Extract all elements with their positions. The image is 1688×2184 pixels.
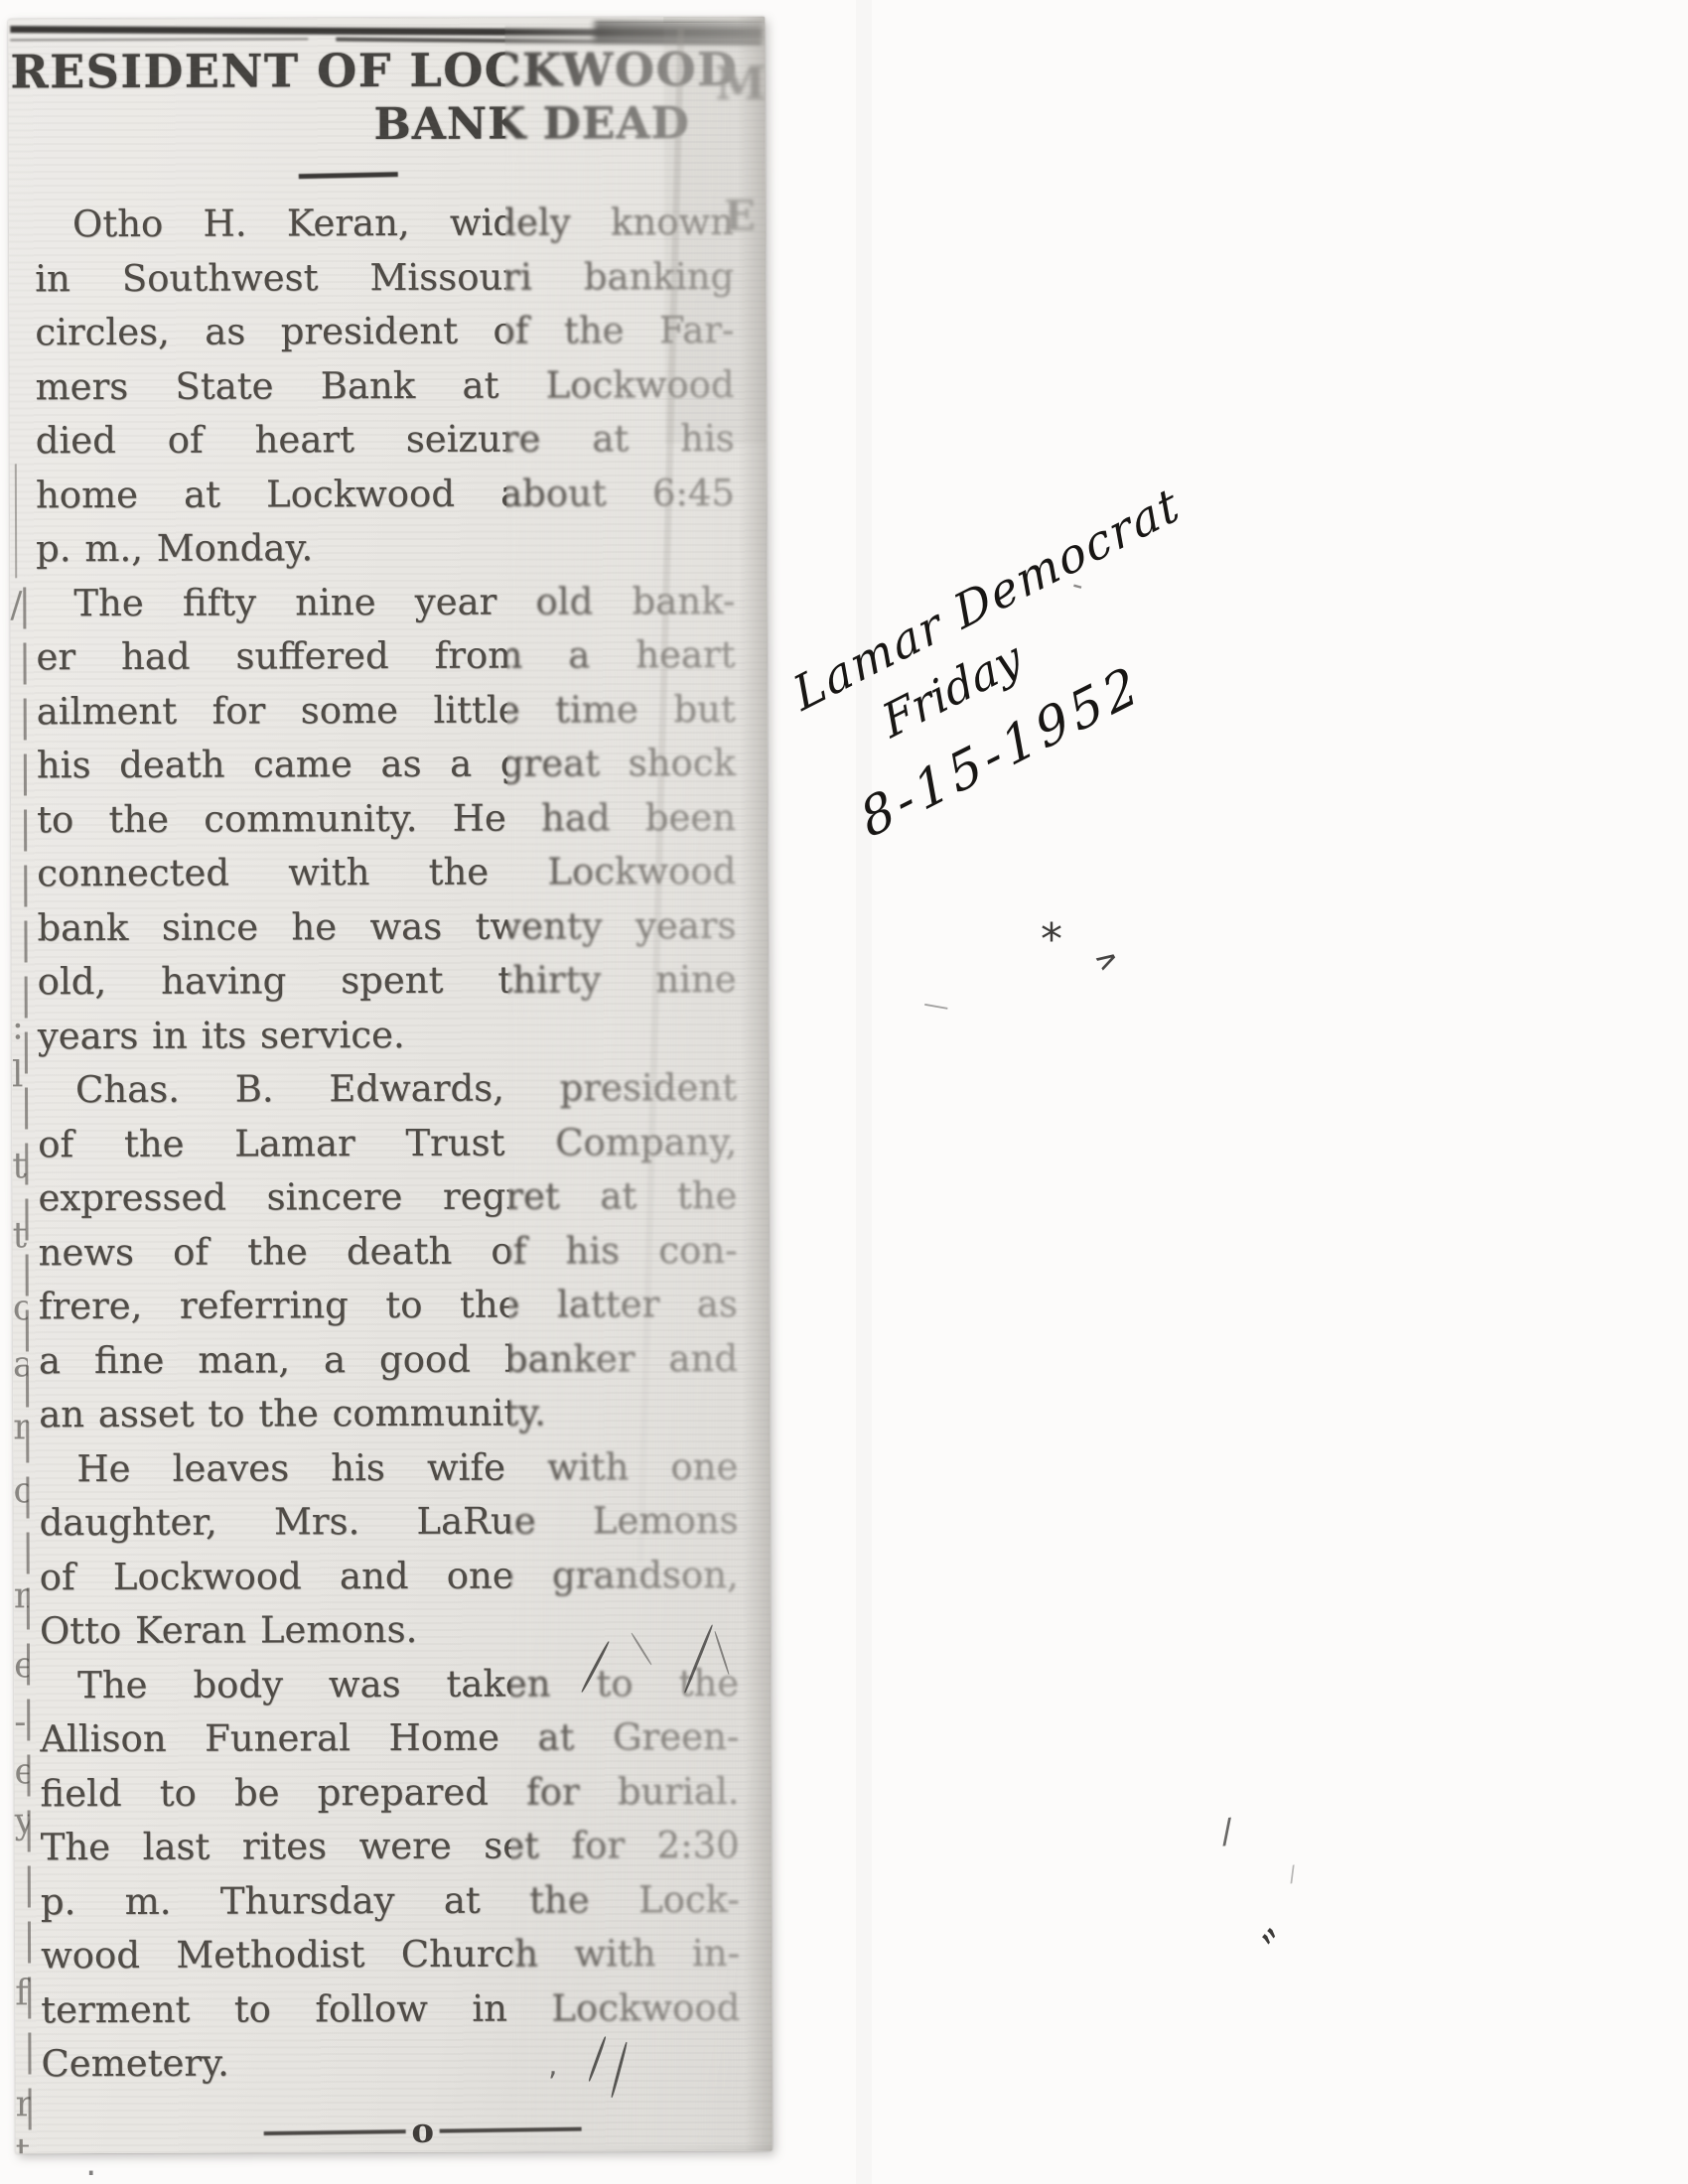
scanner-streak bbox=[856, 0, 872, 2184]
end-of-article-divider: o bbox=[263, 2113, 581, 2150]
cut-letter-fragment: y bbox=[15, 1801, 31, 1842]
scanned-page: RESIDENT OF LOCKWOOD BANK DEAD MI E Otho… bbox=[0, 0, 1688, 2184]
cut-letter-fragment: t bbox=[12, 1146, 27, 1186]
cut-letter-fragment: t bbox=[16, 2131, 31, 2153]
ink-speck: . bbox=[85, 2146, 96, 2182]
ink-speck: „ bbox=[1237, 1907, 1281, 1949]
cut-letter-fragment: / bbox=[10, 585, 22, 625]
ink-speck: , bbox=[548, 2051, 558, 2081]
ink-speck: / bbox=[1287, 1864, 1298, 1887]
cut-letter-fragment: e bbox=[14, 1645, 31, 1686]
divider-dash-left bbox=[264, 2129, 406, 2135]
divider-o-mark: o bbox=[411, 2115, 434, 2148]
cut-letter-fragment: r bbox=[16, 2084, 31, 2124]
ink-speck: — bbox=[921, 991, 951, 1021]
cut-letter-fragment: t bbox=[12, 1215, 27, 1256]
headline-divider bbox=[299, 172, 398, 179]
cut-letter-fragment: n bbox=[14, 1575, 31, 1616]
right-side-fade bbox=[504, 23, 772, 2146]
ink-speck: * bbox=[1041, 918, 1062, 962]
masthead-rule-thin bbox=[10, 38, 308, 41]
divider-dash-right bbox=[440, 2127, 582, 2133]
cut-letter-fragment: - bbox=[14, 1702, 26, 1742]
ink-speck: / bbox=[1219, 1814, 1234, 1848]
cut-letter-fragment: r bbox=[13, 1407, 30, 1447]
cut-letter-fragment: : bbox=[12, 1007, 24, 1047]
ink-speck: ∧ bbox=[1089, 943, 1126, 977]
cut-letter-fragment: l bbox=[12, 1054, 24, 1095]
cut-letter-fragment: f bbox=[15, 1973, 28, 2013]
cut-letter-fragment: o bbox=[13, 1470, 30, 1511]
handwritten-annotation: Lamar Democrat Friday 8-15-1952 bbox=[786, 477, 1240, 858]
newspaper-clipping: RESIDENT OF LOCKWOOD BANK DEAD MI E Otho… bbox=[8, 17, 773, 2154]
cut-letter-fragment: e bbox=[14, 1751, 30, 1792]
